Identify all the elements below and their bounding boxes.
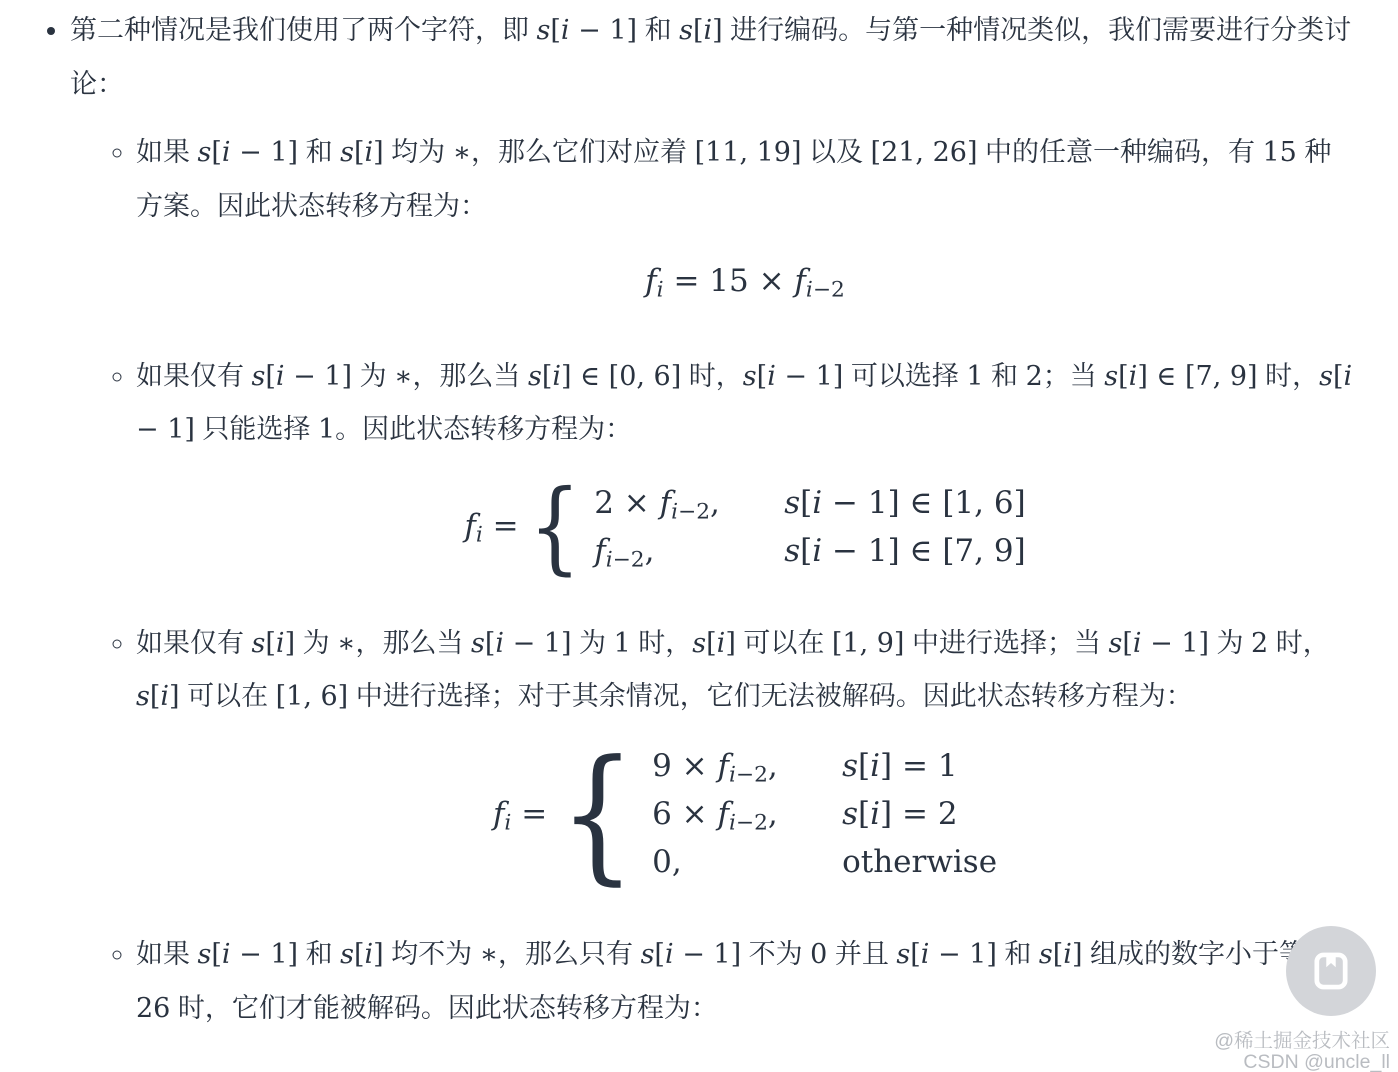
formula-expression: fi = 15 × fi−2 xyxy=(645,259,845,304)
case-row: 0, otherwise xyxy=(652,838,997,886)
case-both-star-paragraph: 如果 s[i − 1] 和 s[i] 均为 ∗，那么它们对应着 [11, 19]… xyxy=(136,126,1354,232)
case-condition: s[i − 1] ∈ [1, 6] xyxy=(784,479,1025,527)
formula-lhs: fi = xyxy=(493,792,547,837)
formula-both-star: fi = 15 × fi−2 xyxy=(136,259,1354,304)
formula-cur-star: fi = { 9 × fi−2, s[i] = 1 6 × fi−2, s[i]… xyxy=(136,742,1354,886)
bullet-item-case2: 第二种情况是我们使用了两个字符，即 s[i − 1] 和 s[i] 进行编码。与… xyxy=(70,4,1354,1035)
case-condition: s[i] = 2 xyxy=(842,790,957,838)
sub-bullet-both-star: 如果 s[i − 1] 和 s[i] 均为 ∗，那么它们对应着 [11, 19]… xyxy=(136,126,1354,303)
watermark-author: CSDN @uncle_ll xyxy=(1214,1052,1390,1072)
case-condition: s[i] = 1 xyxy=(842,742,957,790)
sub-bullet-cur-star: 如果仅有 s[i] 为 ∗，那么当 s[i − 1] 为 1 时，s[i] 可以… xyxy=(136,617,1354,886)
bullet-list: 第二种情况是我们使用了两个字符，即 s[i − 1] 和 s[i] 进行编码。与… xyxy=(42,4,1354,1035)
sub-bullet-no-star: 如果 s[i − 1] 和 s[i] 均不为 ∗，那么只有 s[i − 1] 不… xyxy=(136,928,1354,1035)
case-row: 9 × fi−2, s[i] = 1 xyxy=(652,742,997,790)
case-condition: otherwise xyxy=(842,838,997,886)
case-expression: 0, xyxy=(652,838,842,886)
case-prev-star-paragraph: 如果仅有 s[i − 1] 为 ∗，那么当 s[i] ∈ [0, 6] 时，s[… xyxy=(136,350,1354,457)
watermark-badge xyxy=(1286,926,1376,1016)
case-expression: 2 × fi−2, xyxy=(594,479,784,527)
watermark-text: @稀土掘金技术社区 CSDN @uncle_ll xyxy=(1214,1031,1390,1072)
case-row: 6 × fi−2, s[i] = 2 xyxy=(652,790,997,838)
case-condition: s[i − 1] ∈ [7, 9] xyxy=(784,527,1025,575)
book-bookmark-icon xyxy=(1314,952,1348,990)
case-row: fi−2, s[i − 1] ∈ [7, 9] xyxy=(594,527,1025,575)
case-rows: 9 × fi−2, s[i] = 1 6 × fi−2, s[i] = 2 0,… xyxy=(652,742,997,886)
case-no-star-paragraph: 如果 s[i − 1] 和 s[i] 均不为 ∗，那么只有 s[i − 1] 不… xyxy=(136,928,1354,1035)
formula-lhs: fi = xyxy=(464,504,518,549)
case-row: 2 × fi−2, s[i − 1] ∈ [1, 6] xyxy=(594,479,1025,527)
case-expression: 6 × fi−2, xyxy=(652,790,842,838)
sub-bullet-prev-star: 如果仅有 s[i − 1] 为 ∗，那么当 s[i] ∈ [0, 6] 时，s[… xyxy=(136,350,1354,575)
watermark-community: @稀土掘金技术社区 xyxy=(1214,1031,1390,1052)
case-expression: fi−2, xyxy=(594,527,784,575)
case-rows: 2 × fi−2, s[i − 1] ∈ [1, 6] fi−2, s[i − … xyxy=(594,479,1025,575)
sub-bullet-list: 如果 s[i − 1] 和 s[i] 均为 ∗，那么它们对应着 [11, 19]… xyxy=(70,126,1354,1035)
intro-paragraph: 第二种情况是我们使用了两个字符，即 s[i − 1] 和 s[i] 进行编码。与… xyxy=(70,4,1354,110)
formula-prev-star: fi = { 2 × fi−2, s[i − 1] ∈ [1, 6] fi−2,… xyxy=(136,479,1354,575)
case-expression: 9 × fi−2, xyxy=(652,742,842,790)
case-cur-star-paragraph: 如果仅有 s[i] 为 ∗，那么当 s[i − 1] 为 1 时，s[i] 可以… xyxy=(136,617,1354,724)
document-body: 第二种情况是我们使用了两个字符，即 s[i − 1] 和 s[i] 进行编码。与… xyxy=(0,0,1398,1035)
